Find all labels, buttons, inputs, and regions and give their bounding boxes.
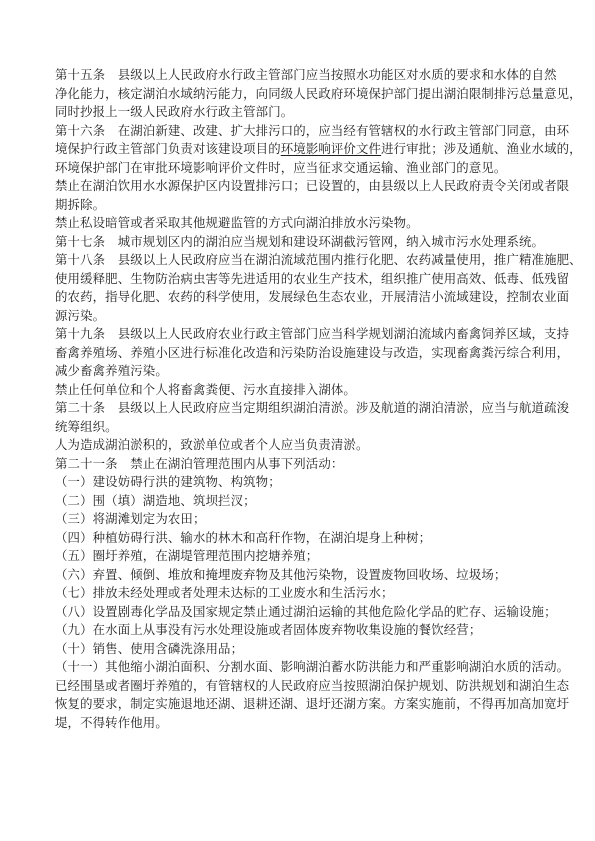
article-16-para-3: 禁止私设暗管或者采取其他规避监管的方式向湖泊排放水污染物。 <box>55 214 545 233</box>
article-16-para-2-line-2: 期拆除。 <box>55 196 545 215</box>
document-page: 第十五条 县级以上人民政府水行政主管部门应当按照水功能区对水质的要求和水体的自然… <box>55 66 545 732</box>
article-21-item-9: （九）在水面上从事没有污水处理设施或者固体废弃物收集设施的餐饮经营； <box>55 621 545 640</box>
article-16-para-2-line-1: 禁止在湖泊饮用水水源保护区内设置排污口；已设置的，由县级以上人民政府责令关闭或者… <box>55 177 545 196</box>
article-21-item-4: （四）种植妨碍行洪、输水的林木和高秆作物，在湖泊堤身上种树； <box>55 529 545 548</box>
article-21-item-7: （七）排放未经处理或者处理未达标的工业废水和生活污水； <box>55 584 545 603</box>
article-21-heading: 第二十一条 禁止在湖泊管理范围内从事下列活动： <box>55 455 545 474</box>
article-18-line-4: 源污染。 <box>55 307 545 326</box>
article-16-line-1: 第十六条 在湖泊新建、改建、扩大排污口的，应当经有管辖权的水行政主管部门同意，由… <box>55 122 545 141</box>
article-17: 第十七条 城市规划区内的湖泊应当规划和建设环湖截污管网，纳入城市污水处理系统。 <box>55 233 545 252</box>
article-15-line-1: 第十五条 县级以上人民政府水行政主管部门应当按照水功能区对水质的要求和水体的自然 <box>55 66 545 85</box>
article-18-line-2: 使用缓释肥、生物防治病虫害等先进适用的农业生产技术，组织推广使用高效、低毒、低残… <box>55 270 545 289</box>
article-15-line-2: 净化能力，核定湖泊水域纳污能力，向同级人民政府环境保护部门提出湖泊限制排污总量意… <box>55 85 545 104</box>
article-19-line-1: 第十九条 县级以上人民政府农业行政主管部门应当科学规划湖泊流域内畜禽饲养区域，支… <box>55 325 545 344</box>
article-21-item-8: （八）设置剧毒化学品及国家规定禁止通过湖泊运输的其他危险化学品的贮存、运输设施； <box>55 603 545 622</box>
article-18-line-1: 第十八条 县级以上人民政府应当在湖泊流域范围内推行化肥、农药减量使用，推广精准施… <box>55 251 545 270</box>
article-20-para-2: 人为造成湖泊淤积的，致淤单位或者个人应当负责清淤。 <box>55 436 545 455</box>
article-21-item-6: （六）弃置、倾倒、堆放和掩埋废弃物及其他污染物，设置废物回收场、垃圾场； <box>55 566 545 585</box>
article-21-item-11: （十一）其他缩小湖泊面积、分割水面、影响湖泊蓄水防洪能力和严重影响湖泊水质的活动… <box>55 658 545 677</box>
eia-document-underlined-term: 环境影响评价文件 <box>281 141 381 156</box>
article-16-line-2-pre: 境保护行政主管部门负责对该建设项目的 <box>55 141 281 156</box>
article-19-line-2: 畜禽养殖场、养殖小区进行标准化改造和污染防治设施建设与改造，实现畜禽粪污综合利用… <box>55 344 545 363</box>
article-16-line-3: 环境保护部门在审批环境影响评价文件时，应当征求交通运输、渔业部门的意见。 <box>55 159 545 178</box>
article-20-line-2: 统筹组织。 <box>55 418 545 437</box>
article-15-line-3: 同时抄报上一级人民政府水行政主管部门。 <box>55 103 545 122</box>
article-21-item-10: （十）销售、使用含磷洗涤用品； <box>55 640 545 659</box>
article-20-line-1: 第二十条 县级以上人民政府应当定期组织湖泊清淤。涉及航道的湖泊清淤，应当与航道疏… <box>55 399 545 418</box>
article-21-para-2-line-3: 堤，不得转作他用。 <box>55 714 545 733</box>
article-21-item-2: （二）围（填）湖造地、筑坝拦汊； <box>55 492 545 511</box>
article-18-line-3: 的农药，指导化肥、农药的科学使用，发展绿色生态农业，开展清洁小流域建设，控制农业… <box>55 288 545 307</box>
article-21-item-1: （一）建设妨碍行洪的建筑物、构筑物； <box>55 473 545 492</box>
article-19-line-3: 减少畜禽养殖污染。 <box>55 362 545 381</box>
article-21-item-5: （五）圈圩养殖，在湖堤管理范围内挖塘养殖； <box>55 547 545 566</box>
article-19-para-2: 禁止任何单位和个人将畜禽粪便、污水直接排入湖体。 <box>55 381 545 400</box>
article-21-para-2-line-2: 恢复的要求，制定实施退地还湖、退耕还湖、退圩还湖方案。方案实施前，不得再加高加宽… <box>55 695 545 714</box>
article-21-item-3: （三）将湖滩划定为农田； <box>55 510 545 529</box>
article-16-line-2-post: 进行审批；涉及通航、渔业水域的， <box>381 141 582 156</box>
article-21-para-2-line-1: 已经围垦或者圈圩养殖的，有管辖权的人民政府应当按照湖泊保护规划、防洪规划和湖泊生… <box>55 677 545 696</box>
article-16-line-2: 境保护行政主管部门负责对该建设项目的环境影响评价文件进行审批；涉及通航、渔业水域… <box>55 140 545 159</box>
